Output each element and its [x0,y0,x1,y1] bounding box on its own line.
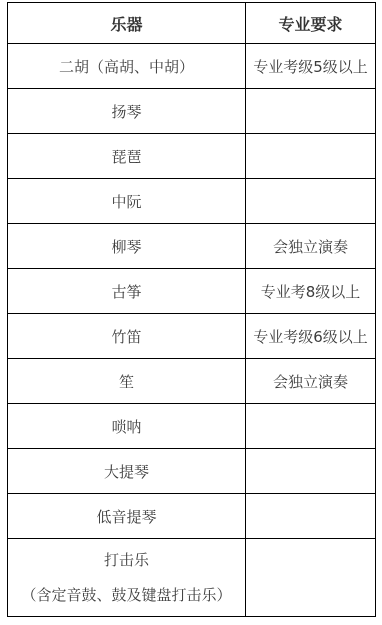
table-row: 扬琴 [8,89,376,134]
requirement-cell [246,539,376,617]
requirement-cell [246,179,376,224]
table-row: 古筝 专业考8级以上 [8,269,376,314]
table-row: 唢呐 [8,404,376,449]
requirement-cell: 专业考8级以上 [246,269,376,314]
table-row: 竹笛 专业考级6级以上 [8,314,376,359]
instrument-cell: 中阮 [8,179,246,224]
requirement-cell [246,134,376,179]
requirement-cell [246,449,376,494]
table-row: 笙 会独立演奏 [8,359,376,404]
column-header-instrument: 乐器 [8,3,246,44]
instrument-cell: 扬琴 [8,89,246,134]
header-row: 乐器 专业要求 [8,3,376,44]
requirement-cell [246,404,376,449]
instrument-cell: 柳琴 [8,224,246,269]
table-row: 大提琴 [8,449,376,494]
instrument-cell: 二胡（高胡、中胡） [8,44,246,89]
table-row: 二胡（高胡、中胡） 专业考级5级以上 [8,44,376,89]
instrument-cell: 低音提琴 [8,494,246,539]
instrument-cell: 古筝 [8,269,246,314]
instrument-cell: 竹笛 [8,314,246,359]
table-row: 低音提琴 [8,494,376,539]
table-row: 琵琶 [8,134,376,179]
requirement-cell: 会独立演奏 [246,224,376,269]
column-header-requirement: 专业要求 [246,3,376,44]
requirement-cell: 专业考级5级以上 [246,44,376,89]
instrument-cell: 大提琴 [8,449,246,494]
requirement-cell: 专业考级6级以上 [246,314,376,359]
table-row: 柳琴 会独立演奏 [8,224,376,269]
instrument-cell: 笙 [8,359,246,404]
requirement-cell [246,494,376,539]
requirement-cell: 会独立演奏 [246,359,376,404]
instrument-cell: 打击乐 （含定音鼓、鼓及键盘打击乐） [8,539,246,617]
instrument-requirements-table: 乐器 专业要求 二胡（高胡、中胡） 专业考级5级以上 扬琴 琵琶 中阮 柳琴 会… [7,2,376,617]
instrument-cell: 琵琶 [8,134,246,179]
table-row: 打击乐 （含定音鼓、鼓及键盘打击乐） [8,539,376,617]
requirement-cell [246,89,376,134]
instrument-cell: 唢呐 [8,404,246,449]
table-row: 中阮 [8,179,376,224]
